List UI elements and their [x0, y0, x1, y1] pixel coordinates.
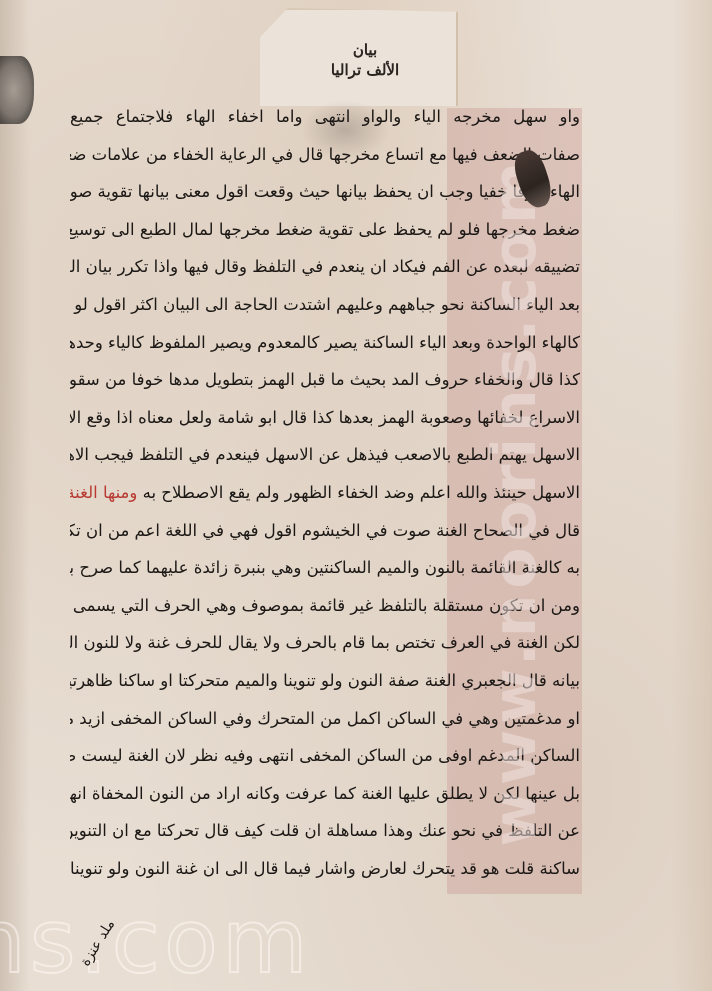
page-title: بيان الألف تراليا — [300, 40, 430, 80]
page-edge-shadow — [0, 0, 30, 991]
title-line-1: بيان — [300, 40, 430, 60]
title-line-2: الألف تراليا — [300, 60, 430, 80]
watermark-bottom: ns.com — [0, 890, 312, 991]
manuscript-page: بيان الألف تراليا واو سهل مخرجه الياء وا… — [0, 0, 712, 991]
watermark-vertical-text: www.noorins.com — [480, 155, 550, 846]
ink-blot-left — [0, 56, 34, 124]
page-edge-stain — [672, 0, 712, 991]
watermark-vertical: www.noorins.com — [447, 108, 582, 894]
rubric-heading: ومنها الغنة — [70, 483, 137, 502]
